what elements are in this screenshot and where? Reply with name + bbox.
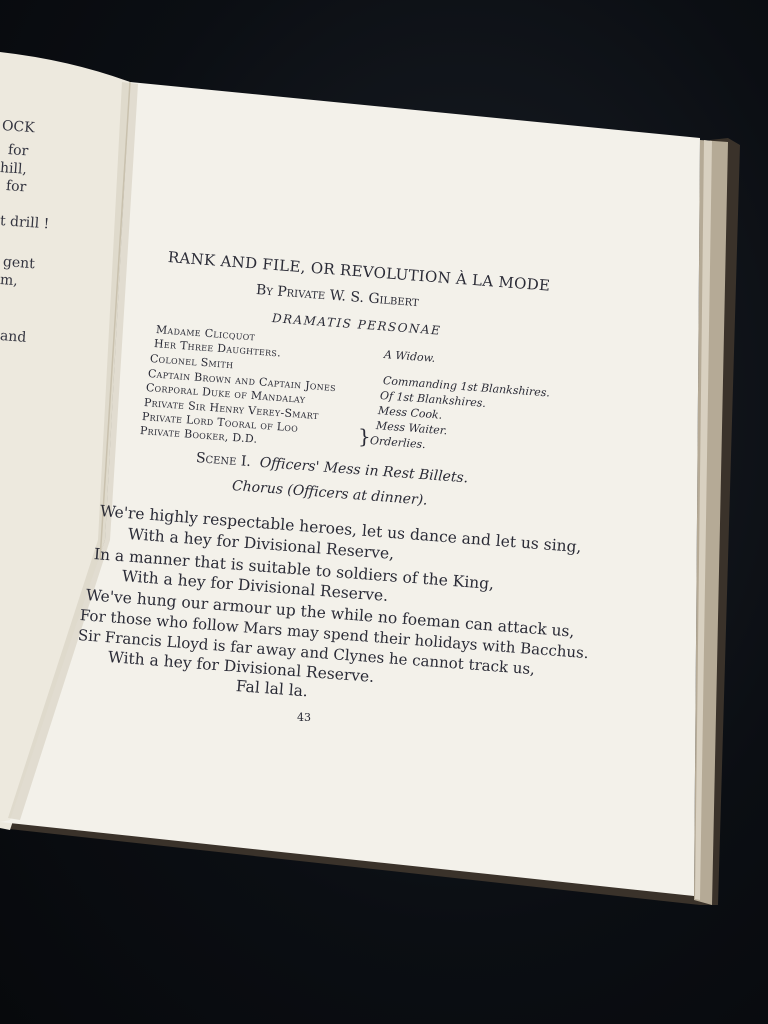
verse-line: Fal lal la. xyxy=(235,677,308,700)
scene-label: Scene I. xyxy=(195,450,251,470)
cast-description: A Widow. xyxy=(384,348,436,365)
chorus-heading: Chorus (Officers at dinner). xyxy=(231,478,428,509)
dramatis-personae-heading: DRAMATIS PERSONAE xyxy=(271,311,441,338)
byline: By Private W. S. Gilbert xyxy=(255,282,419,310)
page-number: 43 xyxy=(297,711,311,724)
left-fragment: and xyxy=(0,328,27,346)
left-fragment: t drill ! xyxy=(0,213,50,232)
left-fragment: for xyxy=(5,178,26,195)
left-fragment: OCK xyxy=(1,118,35,136)
left-fragment: hill, xyxy=(0,160,27,178)
orderlies-label: Orderlies. xyxy=(370,434,427,451)
left-fragment: gent xyxy=(2,254,35,272)
left-fragment: for xyxy=(7,142,28,159)
play-title: RANK AND FILE, OR REVOLUTION À LA MODE xyxy=(167,248,551,295)
left-fragment: m, xyxy=(0,272,18,289)
